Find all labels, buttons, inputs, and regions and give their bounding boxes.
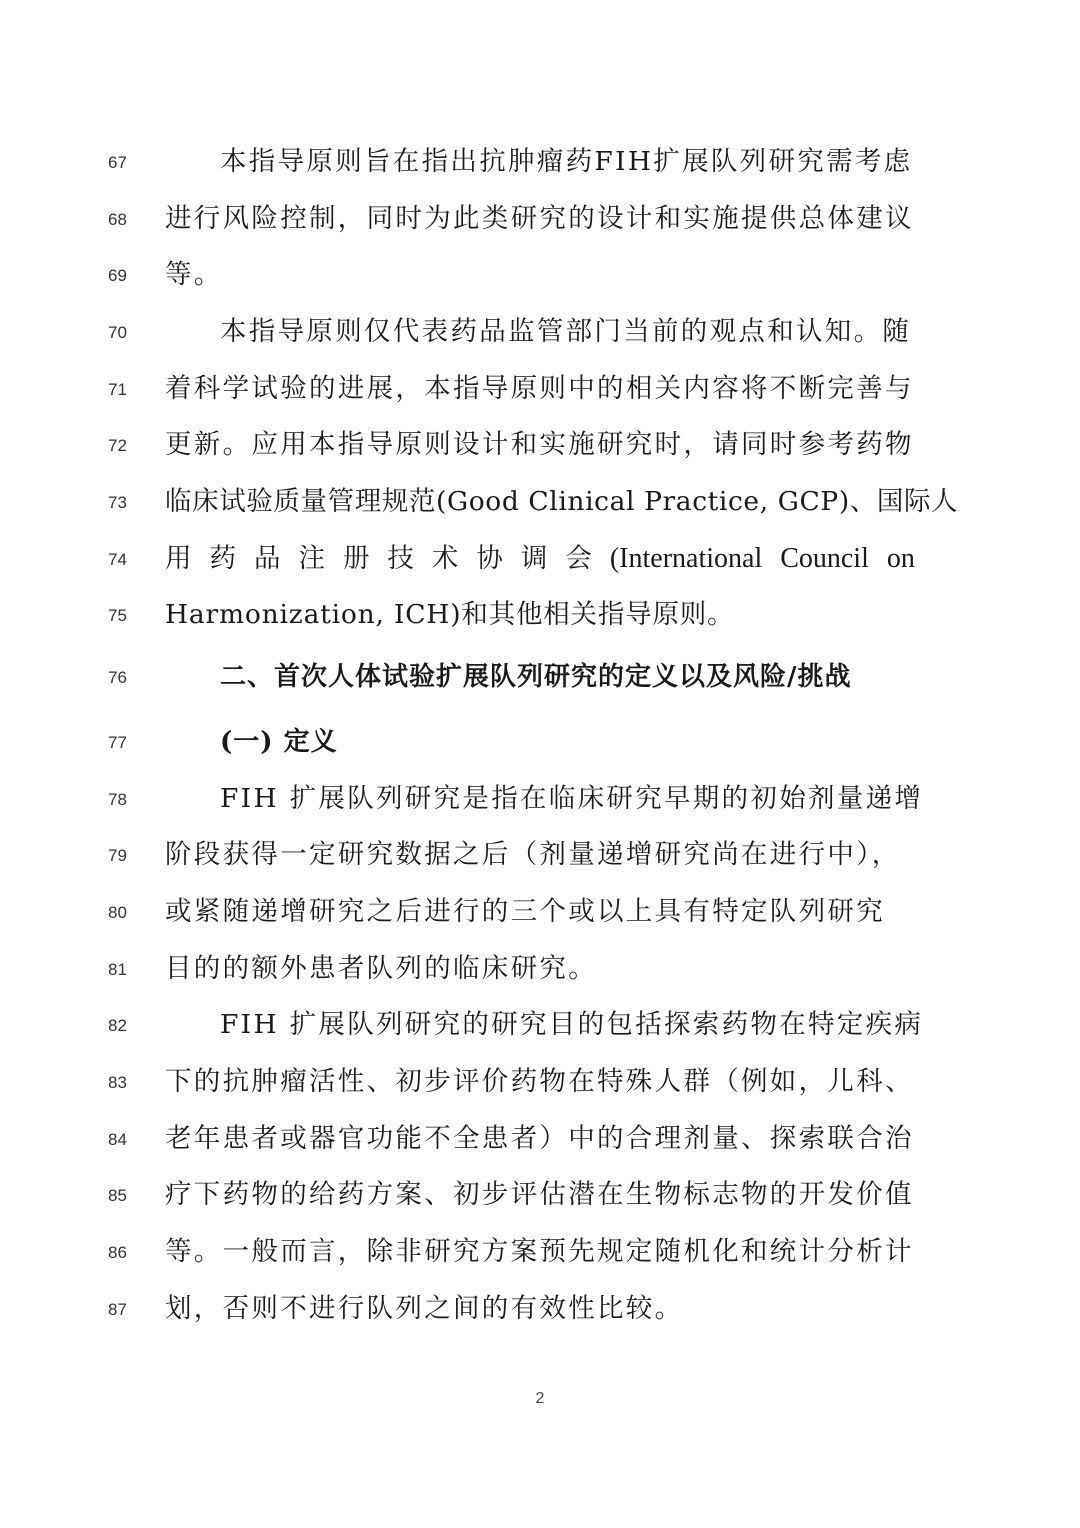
section-heading: 二、首次人体试验扩展队列研究的定义以及风险/挑战 xyxy=(220,660,915,694)
paragraph-text: FIH 扩展队列研究是指在临床研究早期的初始剂量递增 xyxy=(220,782,915,816)
paragraph-text: 等。一般而言，除非研究方案预先规定随机化和统计分析计 xyxy=(165,1235,915,1269)
subsection-heading: (一) 定义 xyxy=(220,725,915,759)
line-number: 69 xyxy=(108,266,138,286)
word: 注 xyxy=(298,542,325,576)
document-page: 67 本指导原则旨在指出抗肿瘤药FIH扩展队列研究需考虑 68 进行风险控制，同… xyxy=(0,0,1080,1528)
line-number: 87 xyxy=(108,1300,138,1320)
line-number: 85 xyxy=(108,1186,138,1206)
line-number: 73 xyxy=(108,493,138,513)
paragraph-text: 等。 xyxy=(165,258,915,292)
word: 术 xyxy=(432,542,459,576)
paragraph-text: 着科学试验的进展，本指导原则中的相关内容将不断完善与 xyxy=(165,372,915,406)
text-line: 86 等。一般而言，除非研究方案预先规定随机化和统计分析计 xyxy=(0,1235,1080,1291)
text-line: 81 目的的额外患者队列的临床研究。 xyxy=(0,952,1080,1008)
paragraph-text: FIH 扩展队列研究的研究目的包括探索药物在特定疾病 xyxy=(220,1008,915,1042)
word: (International xyxy=(610,542,762,576)
line-number: 76 xyxy=(108,668,138,688)
text-line: 74 用 药 品 注 册 技 术 协 调 会 (International Co… xyxy=(0,542,1080,598)
page-number: 2 xyxy=(0,1390,1080,1408)
word: 用 xyxy=(165,542,192,576)
line-number: 74 xyxy=(108,550,138,570)
section-heading-line: 76 二、首次人体试验扩展队列研究的定义以及风险/挑战 xyxy=(0,660,1080,716)
paragraph-text: 目的的额外患者队列的临床研究。 xyxy=(165,952,915,986)
line-number: 77 xyxy=(108,733,138,753)
text-line: 68 进行风险控制，同时为此类研究的设计和实施提供总体建议 xyxy=(0,202,1080,258)
word: 册 xyxy=(343,542,370,576)
line-number: 71 xyxy=(108,380,138,400)
paragraph-text: 进行风险控制，同时为此类研究的设计和实施提供总体建议 xyxy=(165,202,915,236)
paragraph-text: 临床试验质量管理规范(Good Clinical Practice, GCP)、… xyxy=(165,485,915,519)
paragraph-text: 更新。应用本指导原则设计和实施研究时，请同时参考药物 xyxy=(165,428,915,462)
paragraph-text: 阶段获得一定研究数据之后（剂量递增研究尚在进行中）， xyxy=(165,838,915,872)
text-line: 69 等。 xyxy=(0,258,1080,314)
line-number: 79 xyxy=(108,846,138,866)
line-number: 68 xyxy=(108,210,138,230)
word: 品 xyxy=(254,542,281,576)
paragraph-text: 本指导原则旨在指出抗肿瘤药FIH扩展队列研究需考虑 xyxy=(220,145,915,179)
line-number: 84 xyxy=(108,1130,138,1150)
text-line: 84 老年患者或器官功能不全患者）中的合理剂量、探索联合治 xyxy=(0,1122,1080,1178)
word: 协 xyxy=(476,542,503,576)
line-number: 80 xyxy=(108,903,138,923)
text-line: 79 阶段获得一定研究数据之后（剂量递增研究尚在进行中）， xyxy=(0,838,1080,894)
line-number: 83 xyxy=(108,1073,138,1093)
paragraph-text: 下的抗肿瘤活性、初步评价药物在特殊人群（例如，儿科、 xyxy=(165,1065,915,1099)
paragraph-text: 或紧随递增研究之后进行的三个或以上具有特定队列研究 xyxy=(165,895,915,929)
text-line: 85 疗下药物的给药方案、初步评估潜在生物标志物的开发价值 xyxy=(0,1178,1080,1234)
word: Council xyxy=(780,542,869,576)
text-line: 78 FIH 扩展队列研究是指在临床研究早期的初始剂量递增 xyxy=(0,782,1080,838)
text-line: 80 或紧随递增研究之后进行的三个或以上具有特定队列研究 xyxy=(0,895,1080,951)
word: on xyxy=(887,542,915,576)
subsection-heading-line: 77 (一) 定义 xyxy=(0,725,1080,781)
word: 会 xyxy=(565,542,592,576)
text-line: 82 FIH 扩展队列研究的研究目的包括探索药物在特定疾病 xyxy=(0,1008,1080,1064)
line-number: 75 xyxy=(108,606,138,626)
paragraph-text: 疗下药物的给药方案、初步评估潜在生物标志物的开发价值 xyxy=(165,1178,915,1212)
line-number: 81 xyxy=(108,960,138,980)
text-line: 70 本指导原则仅代表药品监管部门当前的观点和认知。随 xyxy=(0,315,1080,371)
word: 技 xyxy=(387,542,414,576)
text-line: 87 划，否则不进行队列之间的有效性比较。 xyxy=(0,1292,1080,1348)
text-line: 71 着科学试验的进展，本指导原则中的相关内容将不断完善与 xyxy=(0,372,1080,428)
paragraph-text-justified: 用 药 品 注 册 技 术 协 调 会 (International Counc… xyxy=(165,542,915,576)
word: 调 xyxy=(521,542,548,576)
line-number: 82 xyxy=(108,1016,138,1036)
text-line: 67 本指导原则旨在指出抗肿瘤药FIH扩展队列研究需考虑 xyxy=(0,145,1080,201)
text-line: 83 下的抗肿瘤活性、初步评价药物在特殊人群（例如，儿科、 xyxy=(0,1065,1080,1121)
text-line: 75 Harmonization, ICH)和其他相关指导原则。 xyxy=(0,598,1080,654)
word: 药 xyxy=(209,542,236,576)
paragraph-text: 划，否则不进行队列之间的有效性比较。 xyxy=(165,1292,915,1326)
paragraph-text: Harmonization, ICH)和其他相关指导原则。 xyxy=(165,598,915,632)
text-line: 73 临床试验质量管理规范(Good Clinical Practice, GC… xyxy=(0,485,1080,541)
line-number: 86 xyxy=(108,1243,138,1263)
line-number: 78 xyxy=(108,790,138,810)
paragraph-text: 老年患者或器官功能不全患者）中的合理剂量、探索联合治 xyxy=(165,1122,915,1156)
paragraph-text: 本指导原则仅代表药品监管部门当前的观点和认知。随 xyxy=(220,315,915,349)
text-line: 72 更新。应用本指导原则设计和实施研究时，请同时参考药物 xyxy=(0,428,1080,484)
line-number: 72 xyxy=(108,436,138,456)
line-number: 70 xyxy=(108,323,138,343)
line-number: 67 xyxy=(108,153,138,173)
